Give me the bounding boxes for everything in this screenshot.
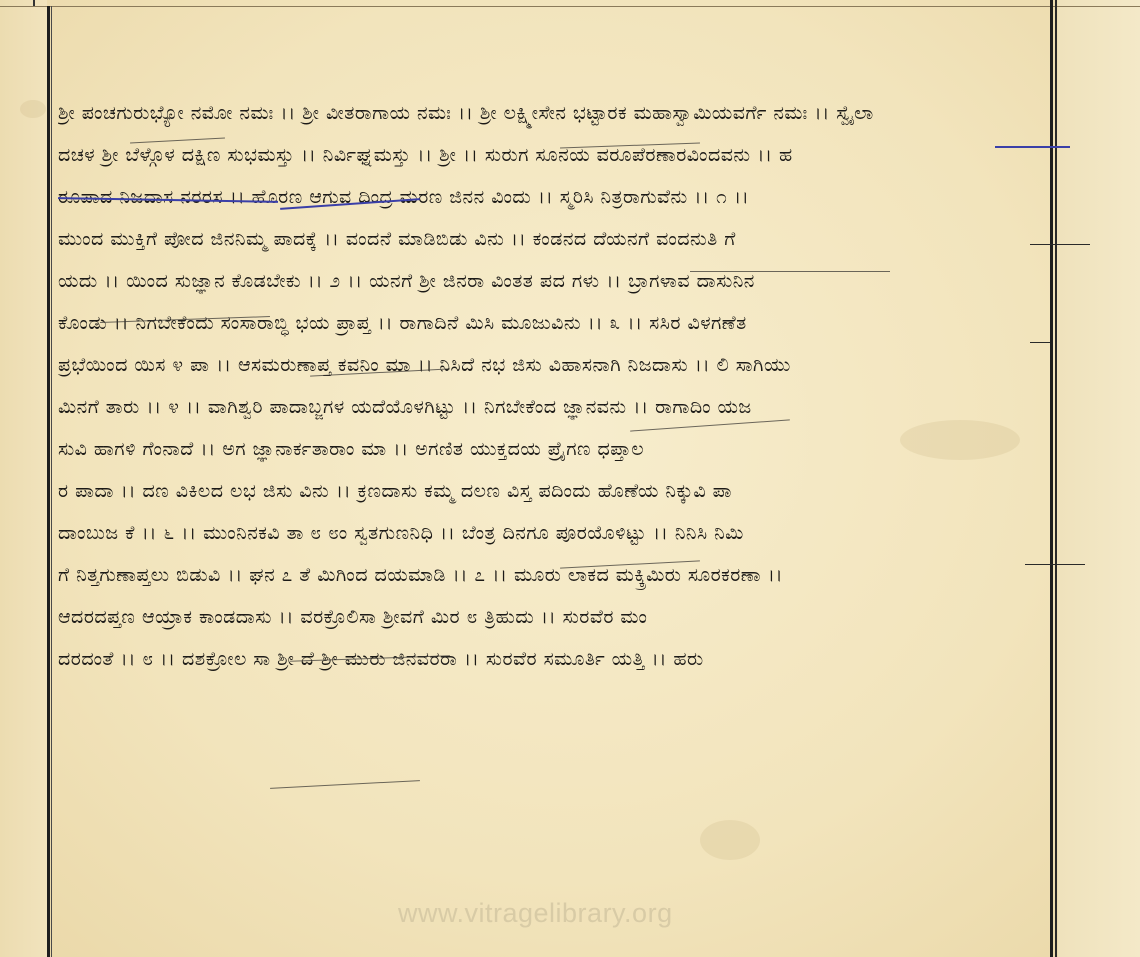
right-margin-rule-outer — [1055, 0, 1057, 957]
text-line-1: ಶ್ರೀ ಪಂಚಗುರುಭ್ಯೋ ನಮೋ ನಮಃ ।। ಶ್ರೀ ವೀತರಾಗಾ… — [58, 92, 1048, 134]
text-line-14: ದರದಂತೆ ।। ೮ ।। ದಶಕ್ರೋಲ ಸಾ ಶ್ರೀ ದೆ ಶ್ರೀ ಮ… — [58, 638, 1048, 680]
text-line-9: ಸುವಿ ಹಾಗಳಿ ಗೆಂನಾದೆ ।। ಅಗ ಜ್ಞಾನಾರ್ಕತಾರಾಂ … — [58, 428, 1048, 470]
right-margin — [1058, 0, 1140, 957]
manuscript-text: ಶ್ರೀ ಪಂಚಗುರುಭ್ಯೋ ನಮೋ ನಮಃ ।। ಶ್ರೀ ವೀತರಾಗಾ… — [58, 92, 1048, 680]
top-edge-tick — [33, 0, 35, 6]
margin-dash — [1030, 244, 1090, 245]
text-line-8: ಮಿನಗೆ ತಾರು ।। ೪ ।। ವಾಗಿಶ್ವರಿ ಪಾದಾಬ್ಜಗಳ ಯ… — [58, 386, 1048, 428]
blue-pencil-mark — [995, 146, 1070, 148]
text-line-4: ಮುಂದ ಮುಕ್ತಿಗೆ ಪೋದ ಜಿನನಿಮ್ಮ ಪಾದಕ್ಕೆ ।। ವಂ… — [58, 218, 1048, 260]
pencil-underline — [690, 271, 890, 272]
pencil-underline — [270, 780, 420, 789]
paper-stain — [20, 100, 46, 118]
margin-dash — [1025, 564, 1085, 565]
text-line-6: ಕೊಂಡು ।। ನಿಗಬೇಕೆಂದು ಸಂಸಾರಾಬ್ಧಿ ಭಯ ಪ್ರಾಪ್… — [58, 302, 1048, 344]
text-line-7: ಪ್ರಭೆಯಿಂದ ಯಿಸ ೪ ಪಾ ।। ಆಸಮರುಣಾಪ್ತ ಕವನಿಂ ಮ… — [58, 344, 1048, 386]
watermark: www.vitragelibrary.org — [398, 898, 673, 929]
text-line-2: ದಚಳ ಶ್ರೀ ಬೆಳ್ಗೊಳ ದಕ್ಷಿಣ ಸುಭಮಸ್ತು ।। ನಿರ್… — [58, 134, 1048, 176]
left-margin-rule — [47, 6, 50, 957]
text-line-11: ದಾಂಬುಜ ಕೆ ।। ೬ ।। ಮುಂನಿನಕವಿ ತಾ ೮ ೮ಂ ಸ್ವತ… — [58, 512, 1048, 554]
text-line-12: ಗೆ ನಿತ್ತಗುಣಾಪ್ತಲು ಬಿಡುವಿ ।। ಘನ ೭ ತೆ ಮಿಗಿ… — [58, 554, 1048, 596]
text-line-13: ಆದರದಪ್ತಣ ಆಯ್ರಾಕ ಕಾಂಡದಾಸು ।। ವರಕ್ರೊಲಿಸಾ ಶ… — [58, 596, 1048, 638]
paper-stain — [700, 820, 760, 860]
margin-dash — [1030, 342, 1050, 343]
manuscript-page: ಶ್ರೀ ಪಂಚಗುರುಭ್ಯೋ ನಮೋ ನಮಃ ।। ಶ್ರೀ ವೀತರಾಗಾ… — [0, 0, 1140, 957]
text-line-3: ರೂಪಾದ ನಿಜದಾಸ ನರರಸ ।। ಹೊರಣ ಆಗುವ ದಿಂದ್ರ ಮರ… — [58, 176, 1048, 218]
left-margin-rule-inner — [51, 6, 52, 957]
right-margin-rule — [1050, 0, 1053, 957]
text-line-5: ಯದು ।। ಯಿಂದ ಸುಜ್ಞಾನ ಕೊಡಬೇಕು ।। ೨ ।। ಯನಗೆ… — [58, 260, 1048, 302]
left-margin — [0, 0, 47, 957]
text-line-10: ರ ಪಾದಾ ।। ದಣ ವಿಕಿಲದ ಲಭ ಜಿಸು ವಿನು ।। ಕ್ರಣ… — [58, 470, 1048, 512]
top-page-edge — [0, 0, 1140, 7]
